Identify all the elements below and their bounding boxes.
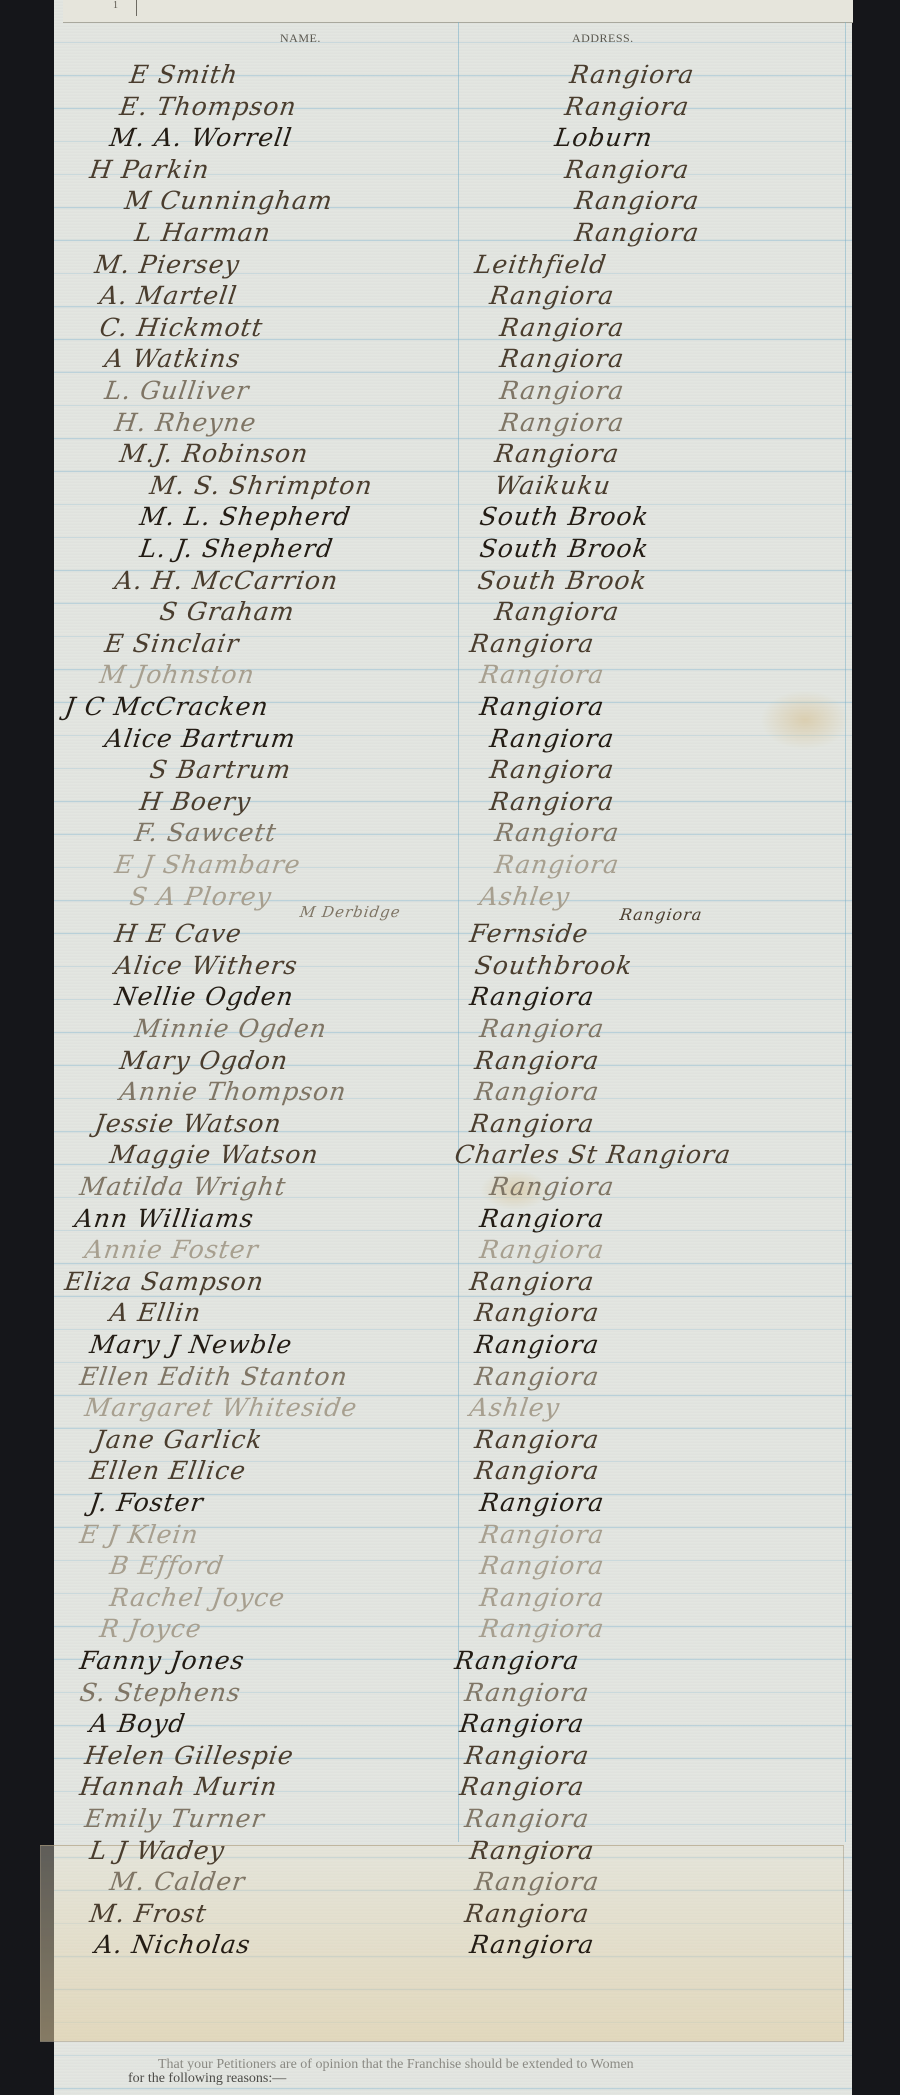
signer-name: M. A. Worrell [108, 123, 294, 152]
signer-name: M.J. Robinson [118, 439, 311, 468]
signer-address: Charles St Rangiora [453, 1140, 733, 1169]
signature-row: Mary J NewbleRangiora [0, 1330, 900, 1362]
signer-name: L. Gulliver [103, 376, 252, 405]
signature-row: C. HickmottRangiora [0, 313, 900, 345]
signer-address: Rangiora [473, 1425, 601, 1454]
signer-name: Mary Ogdon [118, 1046, 290, 1075]
signer-name: Mary J Newble [88, 1330, 294, 1359]
signer-name: M. S. Shrimpton [148, 471, 375, 500]
signer-name: Nellie Ogden [113, 982, 296, 1011]
signature-row: S A PloreyAshley [0, 882, 900, 914]
signer-address: Rangiora [493, 850, 621, 879]
signer-name: Ellen Edith Stanton [78, 1362, 350, 1391]
signer-address: Rangiora [468, 629, 596, 658]
name-column-header: NAME. [280, 31, 321, 46]
signer-name: B Efford [108, 1551, 226, 1580]
signature-row: E. ThompsonRangiora [0, 92, 900, 124]
signer-name: S Bartrum [148, 755, 293, 784]
signature-row: Emily TurnerRangiora [0, 1804, 900, 1836]
signer-address: Rangiora [478, 660, 606, 689]
signer-address: Rangiora [498, 344, 626, 373]
signer-address: Rangiora [473, 1362, 601, 1391]
signer-name: H. Rheyne [113, 408, 259, 437]
signature-row: L HarmanRangiora [0, 218, 900, 250]
signer-address: Rangiora [493, 818, 621, 847]
signature-row: E J KleinRangiora [0, 1520, 900, 1552]
signer-name: Annie Foster [83, 1235, 261, 1264]
signer-address: Rangiora [563, 155, 691, 184]
signer-address: Southbrook [473, 951, 635, 980]
signer-name: Emily Turner [83, 1804, 267, 1833]
signer-address: Fernside [468, 919, 591, 948]
signer-address: Leithfield [473, 250, 609, 279]
signer-name: E J Shambare [113, 850, 303, 879]
signer-name: A. Martell [98, 281, 239, 310]
signer-address: Rangiora [463, 1678, 591, 1707]
signer-name: C. Hickmott [98, 313, 265, 342]
signer-name: Alice Bartrum [103, 724, 298, 753]
signature-row: S GrahamRangiora [0, 597, 900, 629]
signature-row: Eliza SampsonRangiora [0, 1267, 900, 1299]
signer-address: Rangiora [488, 1172, 616, 1201]
signer-name: Minnie Ogden [133, 1014, 329, 1043]
signer-address: Rangiora [473, 1077, 601, 1106]
signature-row: Matilda WrightRangiora [0, 1172, 900, 1204]
signer-address: Rangiora [463, 1899, 591, 1928]
signer-name: Jane Garlick [93, 1425, 265, 1454]
footer-line-2: for the following reasons:— [128, 2070, 286, 2088]
signer-address: Rangiora [473, 1867, 601, 1896]
signature-row: Alice WithersSouthbrook [0, 951, 900, 983]
signature-row: E SmithRangiora [0, 60, 900, 92]
signer-address: Rangiora [493, 439, 621, 468]
signer-address: Rangiora [478, 1614, 606, 1643]
signer-address: Waikuku [493, 471, 613, 500]
signature-row: A EllinRangiora [0, 1298, 900, 1330]
signer-address: Rangiora [463, 1741, 591, 1770]
signer-address: Rangiora [473, 1456, 601, 1485]
signer-address: Rangiora [458, 1709, 586, 1738]
signer-name: S. Stephens [78, 1678, 243, 1707]
signer-address: Rangiora [498, 376, 626, 405]
signature-row: E SinclairRangiora [0, 629, 900, 661]
signature-row: J. FosterRangiora [0, 1488, 900, 1520]
signer-name: Margaret Whiteside [83, 1393, 359, 1422]
signer-address: Rangiora [458, 1772, 586, 1801]
signer-name: L. J. Shepherd [138, 534, 335, 563]
signer-address: Loburn [553, 123, 655, 152]
signer-name: E Smith [128, 60, 240, 89]
signer-name: E Sinclair [103, 629, 241, 658]
signature-row: Mary OgdonRangiora [0, 1046, 900, 1078]
signer-address: Ashley [478, 882, 572, 911]
signer-address: Rangiora [478, 1583, 606, 1612]
signer-name: Matilda Wright [78, 1172, 288, 1201]
signer-address: Rangiora [493, 597, 621, 626]
signer-address: Rangiora [478, 1488, 606, 1517]
signature-row: R JoyceRangiora [0, 1614, 900, 1646]
signer-name: S Graham [158, 597, 297, 626]
signer-name: M. Frost [88, 1899, 209, 1928]
signer-name: E J Klein [78, 1520, 201, 1549]
signer-address: South Brook [476, 566, 649, 595]
signer-name: E. Thompson [118, 92, 299, 121]
signature-row: F. SawcettRangiora [0, 818, 900, 850]
signer-name: L J Wadey [88, 1836, 227, 1865]
signer-address: Rangiora [488, 787, 616, 816]
signature-row: Ellen ElliceRangiora [0, 1456, 900, 1488]
signer-name: H E Cave [113, 919, 244, 948]
ruled-tick [136, 0, 137, 16]
signature-row: M. A. WorrellLoburn [0, 123, 900, 155]
signer-address: Rangiora [468, 1930, 596, 1959]
signature-row: M. CalderRangiora [0, 1867, 900, 1899]
signer-address: Rangiora [573, 186, 701, 215]
signature-row: M. S. ShrimptonWaikuku [0, 471, 900, 503]
signer-address: Ashley [468, 1393, 562, 1422]
signer-address: South Brook [478, 534, 651, 563]
signer-address: Rangiora [478, 1014, 606, 1043]
signer-address: Rangiora [488, 281, 616, 310]
signer-address: Rangiora [478, 1235, 606, 1264]
interline-name-addendum: M Derbidge [299, 903, 402, 921]
signer-address: Rangiora [468, 982, 596, 1011]
signature-row: A BoydRangiora [0, 1709, 900, 1741]
signer-address: Rangiora [488, 724, 616, 753]
signature-row: B EffordRangiora [0, 1551, 900, 1583]
signature-row: H. RheyneRangiora [0, 408, 900, 440]
signer-address: Rangiora [573, 218, 701, 247]
signature-row: A WatkinsRangiora [0, 344, 900, 376]
signer-address: Rangiora [468, 1267, 596, 1296]
signature-row: M CunninghamRangiora [0, 186, 900, 218]
signer-address: Rangiora [478, 1520, 606, 1549]
signature-row: Alice BartrumRangiora [0, 724, 900, 756]
signer-name: Maggie Watson [108, 1140, 321, 1169]
signer-name: F. Sawcett [133, 818, 279, 847]
signature-row: Minnie OgdenRangiora [0, 1014, 900, 1046]
signer-name: Hannah Murin [78, 1772, 280, 1801]
signature-row: L J WadeyRangiora [0, 1836, 900, 1868]
signer-name: J C McCracken [63, 692, 271, 721]
signer-name: Alice Withers [113, 951, 300, 980]
signature-row: Margaret WhitesideAshley [0, 1393, 900, 1425]
signature-row: Hannah MurinRangiora [0, 1772, 900, 1804]
signer-address: Rangiora [478, 692, 606, 721]
signature-row: M.J. RobinsonRangiora [0, 439, 900, 471]
signer-address: Rangiora [488, 755, 616, 784]
signature-row: A. MartellRangiora [0, 281, 900, 313]
signer-address: Rangiora [468, 1836, 596, 1865]
margin-mark: 1 [113, 0, 118, 11]
signer-name: A. H. McCarrion [113, 566, 340, 595]
signer-name: R Joyce [98, 1614, 204, 1643]
signer-address: Rangiora [453, 1646, 581, 1675]
interline-address-addendum: Rangiora [619, 905, 704, 924]
signature-row: Helen GillespieRangiora [0, 1741, 900, 1773]
signature-row: Annie ThompsonRangiora [0, 1077, 900, 1109]
signature-row: L. J. ShepherdSouth Brook [0, 534, 900, 566]
signer-name: A Watkins [103, 344, 243, 373]
signer-address: Rangiora [463, 1804, 591, 1833]
signature-row: L. GulliverRangiora [0, 376, 900, 408]
signer-name: A Boyd [88, 1709, 188, 1738]
signer-name: J. Foster [88, 1488, 206, 1517]
signature-row: Rachel JoyceRangiora [0, 1583, 900, 1615]
signer-name: Ann Williams [73, 1204, 256, 1233]
signature-row: E J ShambareRangiora [0, 850, 900, 882]
signer-address: Rangiora [563, 92, 691, 121]
signature-row: Fanny JonesRangiora [0, 1646, 900, 1678]
signer-address: Rangiora [473, 1330, 601, 1359]
signature-row: Jessie WatsonRangiora [0, 1109, 900, 1141]
signer-name: H Parkin [88, 155, 212, 184]
signer-name: Ellen Ellice [88, 1456, 248, 1485]
signer-name: Annie Thompson [118, 1077, 349, 1106]
signature-row: Maggie WatsonCharles St Rangiora [0, 1140, 900, 1172]
signature-row: S. StephensRangiora [0, 1678, 900, 1710]
signature-row: Nellie OgdenRangiora [0, 982, 900, 1014]
signature-row: H E CaveFernside [0, 919, 900, 951]
signature-row: M JohnstonRangiora [0, 660, 900, 692]
signer-name: L Harman [133, 218, 273, 247]
top-paper-strip: 1 [63, 0, 853, 23]
signature-row: M. FrostRangiora [0, 1899, 900, 1931]
signature-row: Jane GarlickRangiora [0, 1425, 900, 1457]
signer-name: M Johnston [98, 660, 257, 689]
signer-name: Eliza Sampson [63, 1267, 266, 1296]
signer-address: Rangiora [568, 60, 696, 89]
signer-name: M. L. Shepherd [138, 502, 353, 531]
signer-address: Rangiora [473, 1046, 601, 1075]
signer-address: Rangiora [478, 1551, 606, 1580]
signature-row: H BoeryRangiora [0, 787, 900, 819]
signature-row: Ann WilliamsRangiora [0, 1204, 900, 1236]
signer-address: Rangiora [478, 1204, 606, 1233]
signer-name: M Cunningham [123, 186, 335, 215]
signer-name: M. Calder [108, 1867, 247, 1896]
address-column-header: ADDRESS. [572, 31, 634, 46]
signer-name: Jessie Watson [93, 1109, 284, 1138]
signature-row: M. L. ShepherdSouth Brook [0, 502, 900, 534]
signature-row: J C McCrackenRangiora [0, 692, 900, 724]
signer-name: M. Piersey [93, 250, 242, 279]
signer-address: Rangiora [473, 1298, 601, 1327]
signature-row: Annie FosterRangiora [0, 1235, 900, 1267]
signer-name: Fanny Jones [78, 1646, 247, 1675]
signer-address: Rangiora [468, 1109, 596, 1138]
signer-address: South Brook [478, 502, 651, 531]
signature-row: A. H. McCarrionSouth Brook [0, 566, 900, 598]
signer-name: H Boery [138, 787, 253, 816]
signer-name: A. Nicholas [93, 1930, 253, 1959]
signer-name: Rachel Joyce [108, 1583, 287, 1612]
signature-row: A. NicholasRangiora [0, 1930, 900, 1962]
signature-row: M. PierseyLeithfield [0, 250, 900, 282]
signature-row: Ellen Edith StantonRangiora [0, 1362, 900, 1394]
signature-row: H ParkinRangiora [0, 155, 900, 187]
signer-address: Rangiora [498, 408, 626, 437]
signature-row: S BartrumRangiora [0, 755, 900, 787]
signer-name: A Ellin [108, 1298, 203, 1327]
signer-address: Rangiora [498, 313, 626, 342]
signer-name: S A Plorey [128, 882, 274, 911]
signer-name: Helen Gillespie [83, 1741, 296, 1770]
